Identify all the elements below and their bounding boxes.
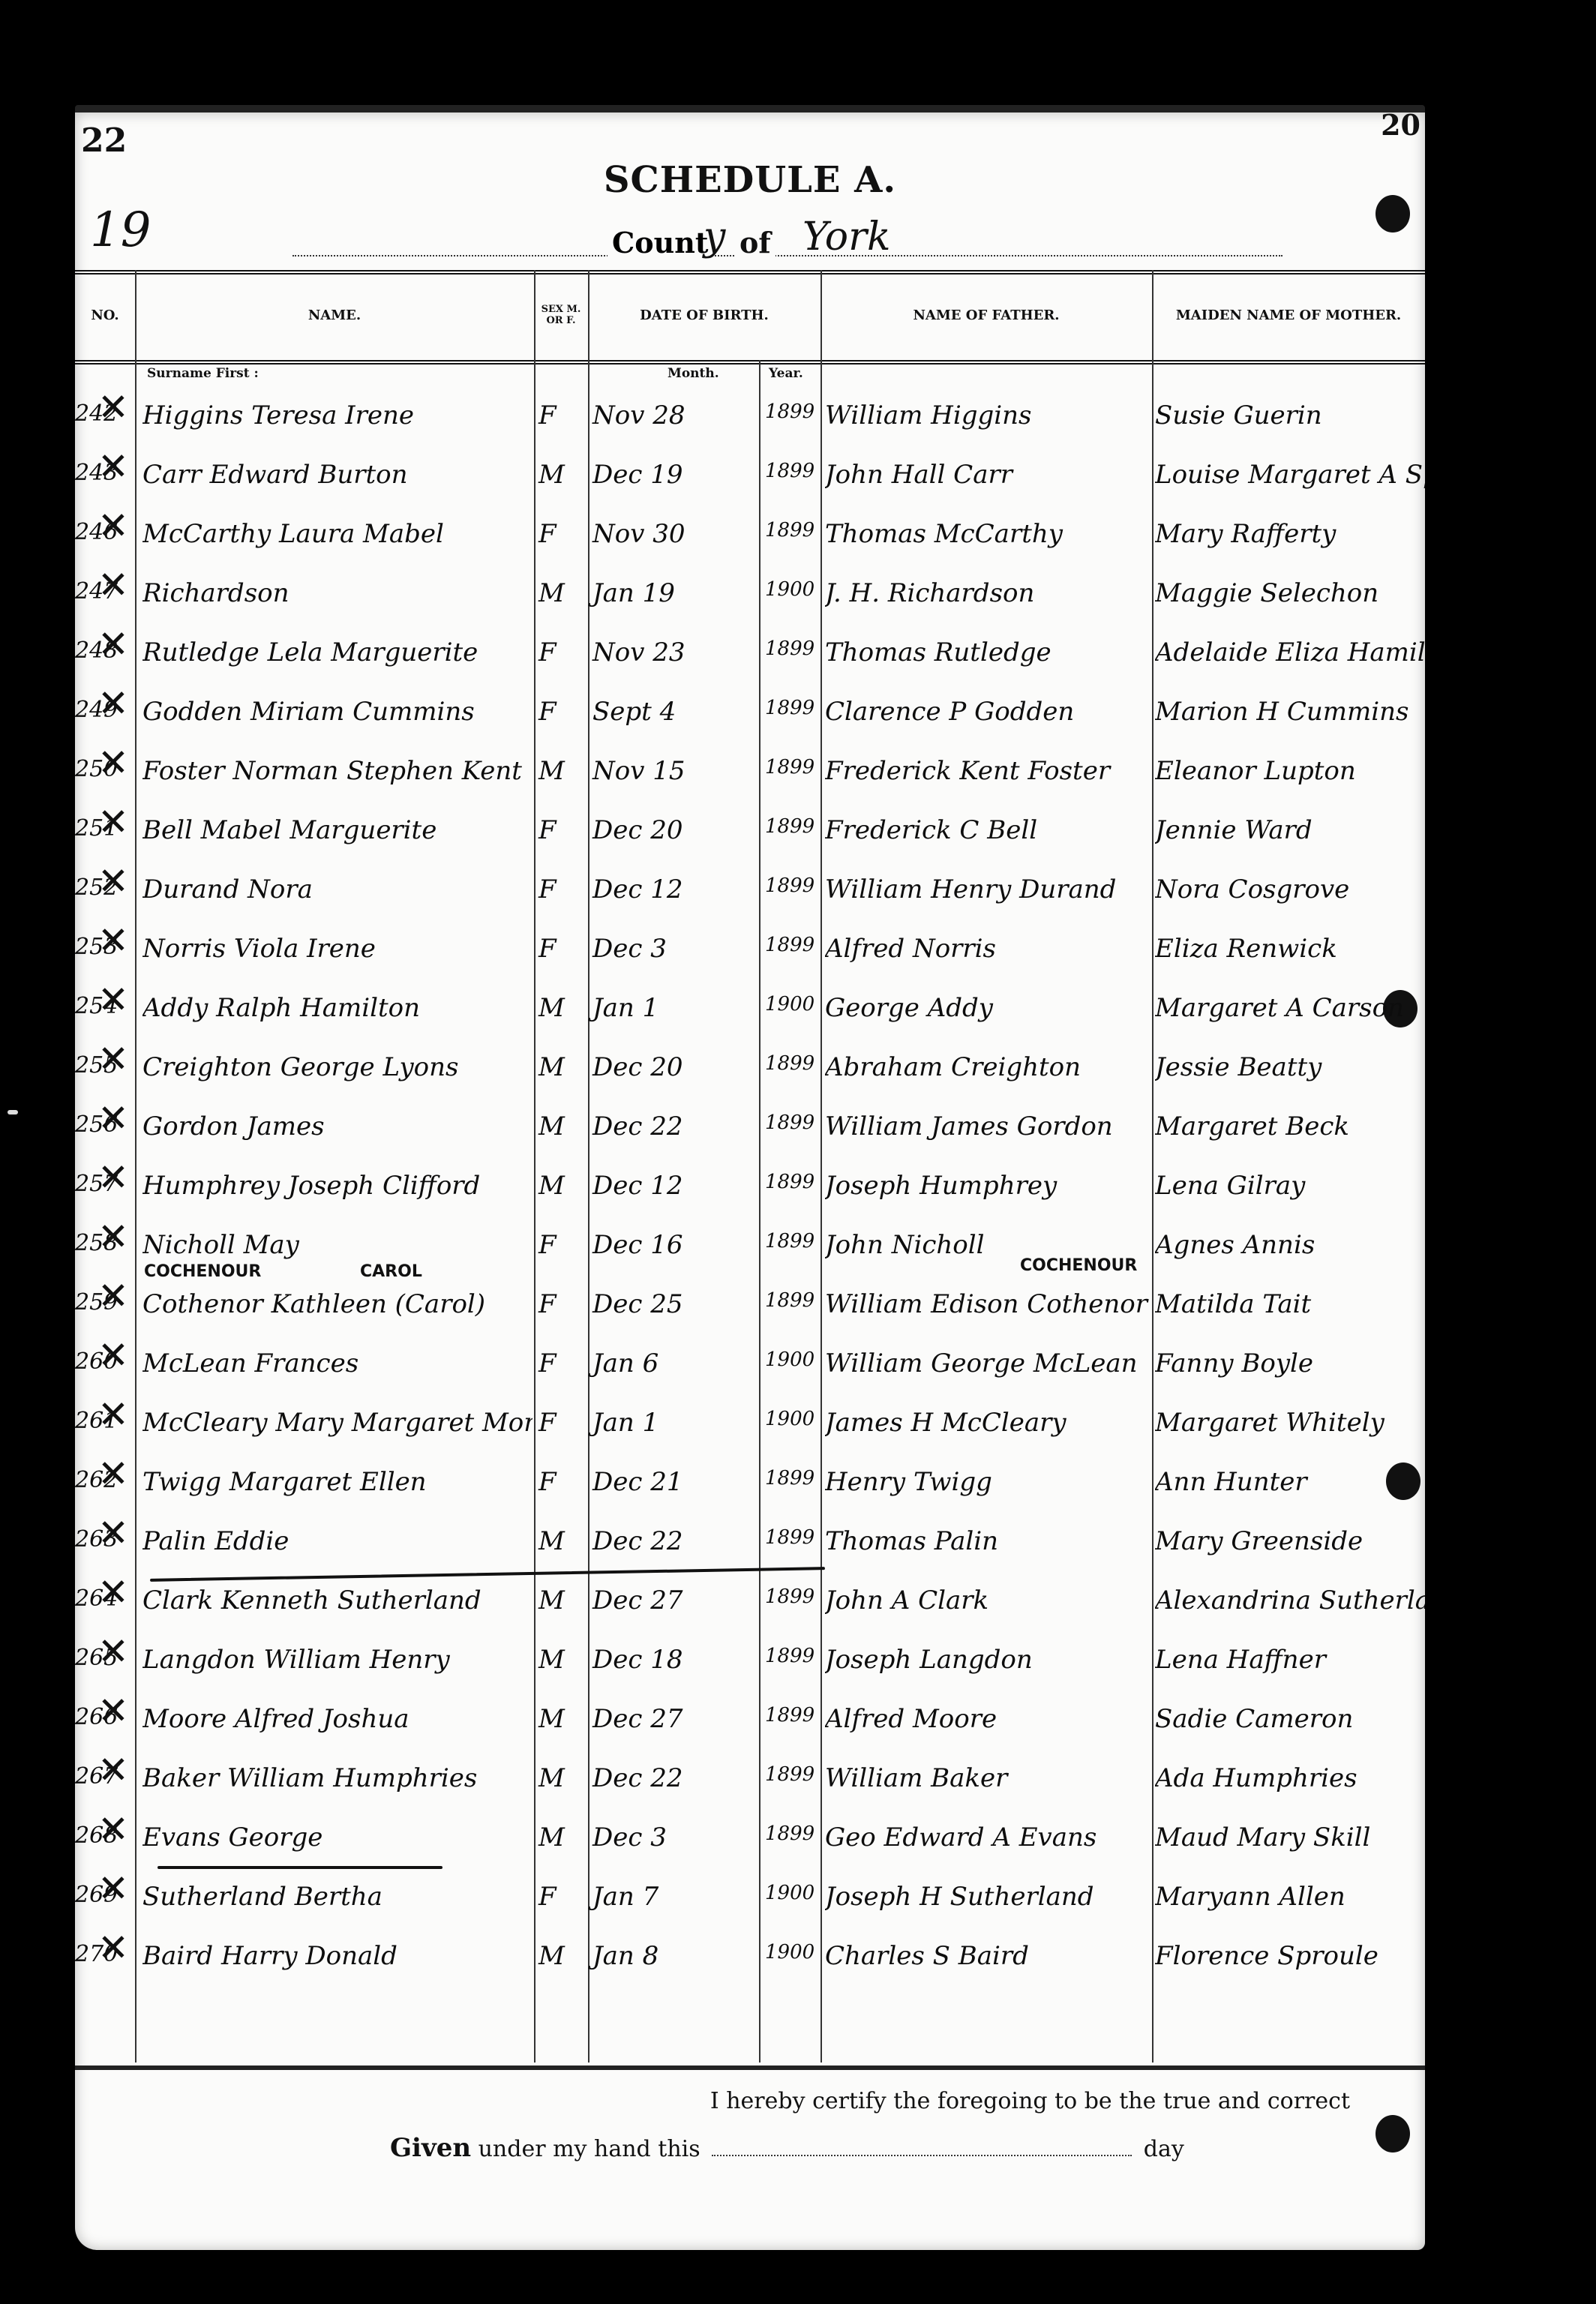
table-row: 248Rutledge Lela MargueriteFNov 231899Th…: [75, 627, 1425, 686]
birth-year: 1899: [765, 1645, 817, 1667]
check-x-icon: ✕: [97, 1274, 129, 1318]
certify-text: I hereby certify the foregoing to be the…: [710, 2088, 1350, 2114]
check-x-icon: ✕: [97, 504, 129, 547]
header-date-of-birth: Date of Birth.: [588, 270, 820, 360]
father-name: Joseph Langdon: [825, 1645, 1155, 1675]
mother-maiden-name: Maggie Selechon: [1155, 578, 1425, 608]
birth-month-day: Dec 16: [592, 1230, 772, 1260]
child-name: Creighton George Lyons: [142, 1052, 532, 1082]
father-name: John Nicholl: [825, 1230, 1155, 1260]
birth-year: 1899: [765, 1111, 817, 1134]
check-x-icon: ✕: [97, 1156, 129, 1199]
sex: M: [538, 1171, 591, 1201]
father-name: Joseph H Sutherland: [825, 1882, 1155, 1912]
mother-maiden-name: Nora Cosgrove: [1155, 874, 1425, 904]
father-name: Frederick Kent Foster: [825, 756, 1155, 786]
table-row: 270Baird Harry DonaldMJan 81900Charles S…: [75, 1930, 1425, 1990]
child-name: Gordon James: [142, 1111, 532, 1141]
child-name: Richardson: [142, 578, 532, 608]
certification-footer: I hereby certify the foregoing to be the…: [75, 2065, 1425, 2220]
mother-maiden-name: Louise Margaret A Spicer: [1155, 460, 1425, 490]
sex: M: [538, 1585, 591, 1615]
father-name: Charles S Baird: [825, 1941, 1155, 1971]
birth-year: 1899: [765, 1467, 817, 1489]
table-row: 254Addy Ralph HamiltonMJan 11900George A…: [75, 982, 1425, 1042]
father-name: Thomas Rutledge: [825, 637, 1155, 667]
sex: F: [538, 1408, 591, 1438]
father-name: J. H. Richardson: [825, 578, 1155, 608]
father-name: George Addy: [825, 993, 1155, 1023]
check-x-icon: ✕: [97, 919, 129, 962]
child-name: Clark Kenneth Sutherland: [142, 1585, 532, 1615]
birth-year: 1899: [765, 460, 817, 482]
birth-year: 1899: [765, 1052, 817, 1075]
county-handwritten-y: y: [703, 214, 725, 259]
child-name: Foster Norman Stephen Kent: [142, 756, 532, 786]
birth-year: 1900: [765, 1408, 817, 1430]
child-name: McCleary Mary Margaret Montgomery: [142, 1408, 532, 1438]
birth-year: 1899: [765, 1585, 817, 1608]
birth-year: 1899: [765, 400, 817, 423]
birth-year: 1899: [765, 934, 817, 956]
check-x-icon: ✕: [97, 1630, 129, 1673]
mother-maiden-name: Sadie Cameron: [1155, 1704, 1425, 1734]
table-row: 257Humphrey Joseph CliffordMDec 121899Jo…: [75, 1160, 1425, 1219]
birth-year: 1900: [765, 578, 817, 601]
father-name: James H McCleary: [825, 1408, 1155, 1438]
mother-maiden-name: Marion H Cummins: [1155, 697, 1425, 727]
child-name: Moore Alfred Joshua: [142, 1704, 532, 1734]
table-row: 268Evans GeorgeMDec 31899Geo Edward A Ev…: [75, 1812, 1425, 1871]
sex: F: [538, 400, 591, 430]
sex: M: [538, 1704, 591, 1734]
mother-maiden-name: Jennie Ward: [1155, 815, 1425, 845]
check-x-icon: ✕: [97, 800, 129, 844]
father-name: Thomas McCarthy: [825, 519, 1155, 549]
check-x-icon: ✕: [97, 1748, 129, 1792]
check-x-icon: ✕: [97, 1689, 129, 1732]
sex: F: [538, 1289, 591, 1319]
check-x-icon: ✕: [97, 859, 129, 903]
child-name: Rutledge Lela Marguerite: [142, 637, 532, 667]
birth-year: 1899: [765, 1526, 817, 1549]
mother-maiden-name: Lena Haffner: [1155, 1645, 1425, 1675]
father-name: John A Clark: [825, 1585, 1155, 1615]
mother-maiden-name: Maryann Allen: [1155, 1882, 1425, 1912]
father-name: William James Gordon: [825, 1111, 1155, 1141]
child-name: Godden Miriam Cummins: [142, 697, 532, 727]
sex: F: [538, 874, 591, 904]
check-x-icon: ✕: [97, 741, 129, 784]
birth-month-day: Dec 27: [592, 1585, 772, 1615]
mother-maiden-name: Agnes Annis: [1155, 1230, 1425, 1260]
mother-maiden-name: Jessie Beatty: [1155, 1052, 1425, 1082]
sex: F: [538, 1348, 591, 1378]
schedule-title: SCHEDULE A.: [75, 159, 1425, 201]
table-row: 266Moore Alfred JoshuaMDec 271899Alfred …: [75, 1693, 1425, 1753]
birth-year: 1900: [765, 993, 817, 1015]
father-name: Frederick C Bell: [825, 815, 1155, 845]
county-line: Count y of York: [292, 217, 1282, 270]
table-row: 246McCarthy Laura MabelFNov 301899Thomas…: [75, 508, 1425, 568]
birth-month-day: Dec 18: [592, 1645, 772, 1675]
table-row: 269Sutherland BerthaFJan 71900Joseph H S…: [75, 1871, 1425, 1930]
day-label: day: [1144, 2136, 1184, 2162]
given-word: Given: [390, 2133, 471, 2163]
check-x-icon: ✕: [97, 1452, 129, 1495]
register-page: 22 20 19 SCHEDULE A. Count y of York No.…: [75, 105, 1425, 2250]
table-row: 261McCleary Mary Margaret MontgomeryFJan…: [75, 1397, 1425, 1456]
child-name: Twigg Margaret Ellen: [142, 1467, 532, 1497]
birth-month-day: Dec 27: [592, 1704, 772, 1734]
child-name: Palin Eddie: [142, 1526, 532, 1556]
child-name: Baird Harry Donald: [142, 1941, 532, 1971]
folio-mark: 19: [90, 202, 151, 258]
birth-year: 1899: [765, 519, 817, 541]
birth-year: 1899: [765, 1289, 817, 1312]
table-row: 264Clark Kenneth SutherlandMDec 271899Jo…: [75, 1575, 1425, 1634]
mother-maiden-name: Adelaide Eliza Hamilton: [1155, 637, 1425, 667]
table-row: 255Creighton George LyonsMDec 201899Abra…: [75, 1042, 1425, 1101]
child-name: Evans George: [142, 1822, 532, 1852]
header-name: NAME.: [135, 270, 534, 360]
check-x-icon: ✕: [97, 1096, 129, 1140]
check-x-icon: ✕: [97, 682, 129, 725]
table-row: 258Nicholl MayFDec 161899John NichollAgn…: [75, 1219, 1425, 1279]
child-name: Bell Mabel Marguerite: [142, 815, 532, 845]
mother-maiden-name: Eleanor Lupton: [1155, 756, 1425, 786]
header-sex: Sex M. or F.: [534, 270, 588, 360]
scanner-speck: [7, 1110, 18, 1114]
father-name: Joseph Humphrey: [825, 1171, 1155, 1201]
birth-year: 1900: [765, 1882, 817, 1904]
check-x-icon: ✕: [97, 563, 129, 607]
mother-maiden-name: Ann Hunter: [1155, 1467, 1425, 1497]
birth-year: 1899: [765, 874, 817, 897]
father-name: William George McLean: [825, 1348, 1155, 1378]
birth-month-day: Dec 22: [592, 1526, 772, 1556]
mother-maiden-name: Margaret A Carson: [1155, 993, 1425, 1023]
birth-year: 1899: [765, 756, 817, 778]
annotation-surname: COCHENOUR: [144, 1262, 261, 1281]
mother-maiden-name: Margaret Beck: [1155, 1111, 1425, 1141]
sex: F: [538, 1467, 591, 1497]
mother-maiden-name: Mary Greenside: [1155, 1526, 1425, 1556]
birth-year: 1899: [765, 1763, 817, 1786]
mother-maiden-name: Fanny Boyle: [1155, 1348, 1425, 1378]
given-rest: under my hand this: [478, 2136, 700, 2162]
sex: M: [538, 1526, 591, 1556]
birth-month-day: Jan 8: [592, 1941, 772, 1971]
birth-month-day: Dec 22: [592, 1111, 772, 1141]
child-name: Langdon William Henry: [142, 1645, 532, 1675]
mother-maiden-name: Ada Humphries: [1155, 1763, 1425, 1793]
mother-maiden-name: Matilda Tait: [1155, 1289, 1425, 1319]
check-x-icon: ✕: [97, 1570, 129, 1614]
check-x-icon: ✕: [97, 1926, 129, 1969]
birth-month-day: Dec 12: [592, 874, 772, 904]
subheader-surname-first: Surname First :: [147, 366, 259, 388]
annotation-father: COCHENOUR: [1020, 1256, 1137, 1275]
table-row: 259Cothenor Kathleen (Carol)FDec 251899W…: [75, 1279, 1425, 1338]
father-name: Abraham Creighton: [825, 1052, 1155, 1082]
birth-month-day: Jan 1: [592, 993, 772, 1023]
header-father: NAME OF FATHER.: [820, 270, 1152, 360]
day-blank: [712, 2155, 1132, 2156]
sex: F: [538, 1230, 591, 1260]
mother-maiden-name: Lena Gilray: [1155, 1171, 1425, 1201]
table-row: 249Godden Miriam CumminsFSept 41899Clare…: [75, 686, 1425, 745]
birth-month-day: Dec 3: [592, 934, 772, 964]
birth-month-day: Dec 12: [592, 1171, 772, 1201]
birth-month-day: Dec 22: [592, 1763, 772, 1793]
father-name: William Higgins: [825, 400, 1155, 430]
county-label: Count: [607, 226, 712, 259]
child-name: Higgins Teresa Irene: [142, 400, 532, 430]
birth-year: 1899: [765, 637, 817, 660]
check-x-icon: ✕: [97, 1215, 129, 1258]
birth-month-day: Nov 28: [592, 400, 772, 430]
birth-month-day: Dec 25: [592, 1289, 772, 1319]
corner-mark: 20: [1381, 108, 1420, 142]
check-x-icon: ✕: [97, 622, 129, 666]
birth-month-day: Dec 21: [592, 1467, 772, 1497]
county-value: York: [802, 214, 890, 259]
table-row: 253Norris Viola IreneFDec 31899Alfred No…: [75, 923, 1425, 982]
father-name: Henry Twigg: [825, 1467, 1155, 1497]
sex: M: [538, 756, 591, 786]
ink-strike-line: [157, 1866, 442, 1869]
birth-month-day: Nov 23: [592, 637, 772, 667]
birth-register-table: No. NAME. Sex M. or F. Date of Birth. NA…: [75, 270, 1425, 2062]
child-name: Cothenor Kathleen (Carol): [142, 1289, 532, 1319]
child-name: Norris Viola Irene: [142, 934, 532, 964]
check-x-icon: ✕: [97, 978, 129, 1021]
sex: M: [538, 993, 591, 1023]
child-name: Carr Edward Burton: [142, 460, 532, 490]
birth-month-day: Dec 3: [592, 1822, 772, 1852]
check-x-icon: ✕: [97, 1511, 129, 1555]
child-name: Nicholl May: [142, 1230, 532, 1260]
table-row: 263Palin EddieMDec 221899Thomas PalinMar…: [75, 1516, 1425, 1575]
child-name: McLean Frances: [142, 1348, 532, 1378]
page-tab-number: 22: [81, 121, 127, 160]
father-name: Alfred Moore: [825, 1704, 1155, 1734]
sex: M: [538, 460, 591, 490]
birth-month-day: Nov 15: [592, 756, 772, 786]
table-row: 256Gordon JamesMDec 221899William James …: [75, 1101, 1425, 1160]
check-x-icon: ✕: [97, 1807, 129, 1851]
subheader-year: Year.: [769, 366, 803, 388]
birth-month-day: Jan 1: [592, 1408, 772, 1438]
table-row: 251Bell Mabel MargueriteFDec 201899Frede…: [75, 805, 1425, 864]
sex: F: [538, 519, 591, 549]
birth-year: 1900: [765, 1348, 817, 1371]
birth-year: 1899: [765, 1704, 817, 1726]
child-name: Sutherland Bertha: [142, 1882, 532, 1912]
sex: M: [538, 1111, 591, 1141]
table-row: 265Langdon William HenryMDec 181899Josep…: [75, 1634, 1425, 1693]
birth-month-day: Dec 19: [592, 460, 772, 490]
sex: M: [538, 1941, 591, 1971]
birth-month-day: Nov 30: [592, 519, 772, 549]
child-name: McCarthy Laura Mabel: [142, 519, 532, 549]
father-name: Alfred Norris: [825, 934, 1155, 964]
check-x-icon: ✕: [97, 1867, 129, 1910]
birth-year: 1899: [765, 697, 817, 719]
mother-maiden-name: Florence Sproule: [1155, 1941, 1425, 1971]
register-rows: 242Higgins Teresa IreneFNov 281899Willia…: [75, 390, 1425, 1990]
mother-maiden-name: Maud Mary Skill: [1155, 1822, 1425, 1852]
birth-year: 1900: [765, 1941, 817, 1963]
table-row: 262Twigg Margaret EllenFDec 211899Henry …: [75, 1456, 1425, 1516]
header-mother: MAIDEN NAME OF MOTHER.: [1152, 270, 1425, 360]
table-row: 252Durand NoraFDec 121899William Henry D…: [75, 864, 1425, 923]
child-name: Humphrey Joseph Clifford: [142, 1171, 532, 1201]
sex: F: [538, 697, 591, 727]
mother-maiden-name: Alexandrina Sutherland: [1155, 1585, 1425, 1615]
mother-maiden-name: Mary Rafferty: [1155, 519, 1425, 549]
table-row: 243Carr Edward BurtonMDec 191899John Hal…: [75, 449, 1425, 508]
birth-month-day: Dec 20: [592, 1052, 772, 1082]
check-x-icon: ✕: [97, 1037, 129, 1081]
table-row: 247RichardsonMJan 191900J. H. Richardson…: [75, 568, 1425, 627]
father-name: Thomas Palin: [825, 1526, 1155, 1556]
check-x-icon: ✕: [97, 1393, 129, 1436]
sex: M: [538, 1822, 591, 1852]
sex: F: [538, 815, 591, 845]
child-name: Addy Ralph Hamilton: [142, 993, 532, 1023]
sex: M: [538, 1645, 591, 1675]
birth-year: 1899: [765, 1171, 817, 1193]
check-x-icon: ✕: [97, 385, 129, 429]
sex: F: [538, 1882, 591, 1912]
header-no: No.: [75, 270, 135, 360]
check-x-icon: ✕: [97, 1333, 129, 1377]
annotation-given: CAROL: [360, 1262, 422, 1281]
birth-year: 1899: [765, 1230, 817, 1252]
father-name: Geo Edward A Evans: [825, 1822, 1155, 1852]
table-row: 250Foster Norman Stephen KentMNov 151899…: [75, 745, 1425, 805]
sex: M: [538, 578, 591, 608]
sex: M: [538, 1052, 591, 1082]
birth-month-day: Jan 7: [592, 1882, 772, 1912]
check-x-icon: ✕: [97, 445, 129, 488]
father-name: William Henry Durand: [825, 874, 1155, 904]
father-name: William Baker: [825, 1763, 1155, 1793]
mother-maiden-name: Eliza Renwick: [1155, 934, 1425, 964]
birth-year: 1899: [765, 1822, 817, 1845]
given-line: Given under my hand this day: [390, 2133, 1184, 2163]
birth-month-day: Sept 4: [592, 697, 772, 727]
table-row: 267Baker William HumphriesMDec 221899Wil…: [75, 1753, 1425, 1812]
county-of-label: of: [735, 226, 775, 259]
child-name: Baker William Humphries: [142, 1763, 532, 1793]
sex: M: [538, 1763, 591, 1793]
sex: F: [538, 934, 591, 964]
birth-month-day: Dec 20: [592, 815, 772, 845]
table-row: 260McLean FrancesFJan 61900William Georg…: [75, 1338, 1425, 1397]
father-name: William Edison Cothenor: [825, 1289, 1155, 1319]
birth-month-day: Jan 6: [592, 1348, 772, 1378]
table-row: 242Higgins Teresa IreneFNov 281899Willia…: [75, 390, 1425, 449]
birth-year: 1899: [765, 815, 817, 838]
sex: F: [538, 637, 591, 667]
mother-maiden-name: Margaret Whitely: [1155, 1408, 1425, 1438]
mother-maiden-name: Susie Guerin: [1155, 400, 1425, 430]
subheader-month: Month.: [667, 366, 719, 388]
father-name: Clarence P Godden: [825, 697, 1155, 727]
child-name: Durand Nora: [142, 874, 532, 904]
father-name: John Hall Carr: [825, 460, 1155, 490]
birth-month-day: Jan 19: [592, 578, 772, 608]
